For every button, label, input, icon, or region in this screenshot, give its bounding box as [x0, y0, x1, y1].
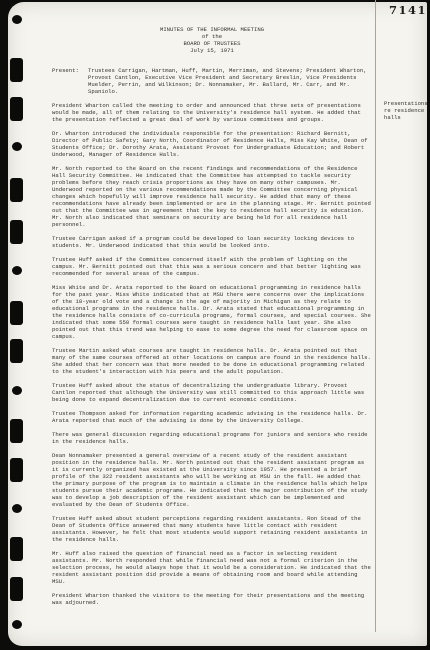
minutes-paragraph: President Wharton thanked the visitors t…	[52, 592, 372, 606]
minutes-paragraph: Trustee Thompson asked for information r…	[52, 410, 372, 424]
punch-hole-mark	[12, 15, 22, 24]
punch-hole-mark	[12, 386, 22, 395]
present-label: Present:	[52, 67, 88, 95]
minutes-paragraph: President Wharton called the meeting to …	[52, 102, 372, 123]
minutes-paragraph: There was general discussion regarding e…	[52, 431, 372, 445]
margin-note-presentations: Presentations re residence halls	[384, 100, 429, 121]
punch-hole-mark	[12, 266, 22, 275]
binder-bar-mark	[10, 339, 23, 363]
binder-bar-mark	[10, 97, 23, 121]
binder-bar-mark	[10, 301, 23, 325]
binder-bar-mark	[10, 537, 23, 561]
binder-bar-mark	[10, 58, 23, 82]
doc-title-line-2: of the	[52, 33, 372, 40]
minutes-paragraph: Dean Nonnamaker presented a general over…	[52, 452, 372, 508]
punch-hole-mark	[12, 504, 22, 513]
present-section: Present: Trustees Carrigan, Hartman, Huf…	[52, 67, 372, 95]
minutes-paragraph: Trustee Huff asked about student percept…	[52, 515, 372, 543]
binder-bar-mark	[10, 458, 23, 482]
punch-hole-mark	[12, 620, 22, 629]
doc-title-line-1: MINUTES OF THE INFORMAL MEETING	[52, 26, 372, 33]
minutes-paragraph: Trustee Huff asked about the status of d…	[52, 382, 372, 403]
minutes-body: MINUTES OF THE INFORMAL MEETING of the B…	[52, 26, 372, 613]
scanned-minutes-page: 7141 Presentations re residence halls MI…	[0, 0, 430, 650]
doc-title-line-3: BOARD OF TRUSTEES	[52, 40, 372, 47]
binder-bar-mark	[10, 178, 23, 202]
minutes-paragraph: Trustee Martin asked what courses are ta…	[52, 347, 372, 375]
minutes-paragraph: Mr. North reported to the Board on the r…	[52, 165, 372, 228]
binder-bar-mark	[10, 419, 23, 443]
present-attendees: Trustees Carrigan, Hartman, Huff, Martin…	[88, 67, 372, 95]
margin-rule-line	[375, 0, 376, 632]
doc-title-line-4: July 15, 1971	[52, 47, 372, 54]
minutes-paragraph: Dr. Wharton introduced the individuals r…	[52, 130, 372, 158]
minutes-paragraph: Miss White and Dr. Arata reported to the…	[52, 284, 372, 340]
punch-hole-mark	[12, 142, 22, 151]
minutes-paragraph: Mr. Huff also raised the question of fin…	[52, 550, 372, 585]
minutes-paragraph: Trustee Carrigan asked if a program coul…	[52, 235, 372, 249]
document-title: MINUTES OF THE INFORMAL MEETING of the B…	[52, 26, 372, 54]
binder-bar-mark	[10, 577, 23, 601]
page-number: 7141	[389, 3, 427, 17]
minutes-paragraph: Trustee Huff asked if the Committee conc…	[52, 256, 372, 277]
binder-bar-mark	[10, 220, 23, 244]
